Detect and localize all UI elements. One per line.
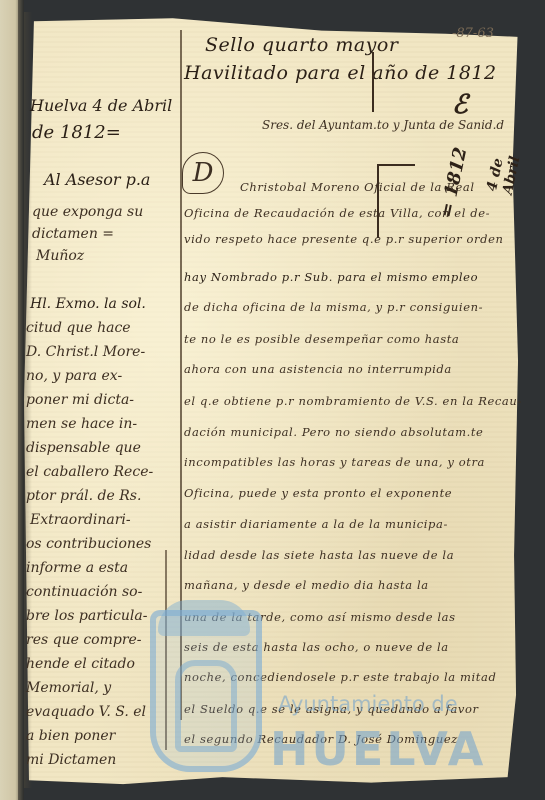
dictamen-line: hende el citado — [26, 656, 135, 672]
body-line: el Sueldo q.e se le asigna, y quedando a… — [184, 702, 479, 716]
dictamen-line: a bien poner — [26, 728, 115, 744]
body-line: dación municipal. Pero no siendo absolut… — [184, 425, 483, 439]
dictamen-line: ptor prál. de Rs. — [26, 488, 141, 504]
reference-number: -87-63 — [452, 26, 494, 41]
margin-date-line-1: Huelva 4 de Abril — [30, 96, 172, 115]
dictamen-line: el caballero Rece- — [26, 464, 153, 480]
lower-margin-rule — [165, 550, 167, 750]
dictamen-line: mi Dictamen — [26, 752, 116, 768]
header-bracket — [372, 52, 444, 112]
stamp-bracket — [377, 164, 415, 238]
body-line: vido respeto hace presente q.e p.r super… — [184, 232, 503, 246]
body-line: el q.e obtiene p.r nombramiento de V.S. … — [184, 394, 522, 408]
decree-line: Al Asesor p.a — [44, 170, 150, 189]
dictamen-line: Memorial, y — [26, 680, 111, 696]
decree-line: Muñoz — [36, 248, 84, 264]
rubric-flourish-icon: ℰ — [452, 90, 468, 120]
body-line: te no le es posible desempeñar como hast… — [184, 332, 459, 346]
dictamen-line: men se hace in- — [26, 416, 137, 432]
body-line: Oficina, puede y esta pronto el exponent… — [184, 486, 452, 500]
body-line: Christobal Moreno Oficial de la Real — [240, 180, 475, 194]
dictamen-line: D. Christ.l More- — [26, 344, 145, 360]
body-line: lidad desde las siete hasta las nueve de… — [184, 548, 454, 562]
body-line: el segundo Recaudador D. José Dominguez — [184, 732, 458, 746]
dictamen-line: Extraordinari- — [30, 512, 131, 528]
body-line: seis de esta hasta las ocho, o nueve de … — [184, 640, 449, 654]
header-line-1: Sello quarto mayor — [205, 34, 398, 56]
dictamen-line: no, y para ex- — [26, 368, 122, 384]
dictamen-line: evaquado V. S. el — [26, 704, 146, 720]
decree-line: que exponga su — [32, 204, 143, 220]
body-line: ahora con una asistencia no interrumpida — [184, 362, 452, 376]
body-line: mañana, y desde el medio dia hasta la — [184, 578, 429, 592]
addressee: Sres. del Ayuntam.to y Junta de Sanid.d — [262, 118, 504, 132]
body-line: Oficina de Recaudación de esta Villa, co… — [184, 206, 490, 220]
header-line-2: Havilitado para el año de 1812 — [184, 62, 497, 84]
dictamen-line: informe a esta — [26, 560, 128, 576]
initial-letter: D — [182, 152, 224, 194]
dictamen-line: dispensable que — [26, 440, 141, 456]
body-line: noche, concediendosele p.r este trabajo … — [184, 670, 496, 684]
decree-line: dictamen = — [32, 226, 114, 242]
body-line: de dicha oficina de la misma, y p.r cons… — [184, 300, 483, 314]
body-line: una de la tarde, como así mismo desde la… — [184, 610, 456, 624]
dictamen-line: Hl. Exmo. la sol. — [30, 296, 146, 312]
margin-rule — [180, 30, 182, 720]
body-line: a asistir diariamente a la de la municip… — [184, 517, 448, 531]
dictamen-line: bre los particula- — [26, 608, 147, 624]
dictamen-line: os contribuciones — [26, 536, 151, 552]
margin-date-line-2: de 1812= — [32, 122, 121, 143]
body-line: incompatibles las horas y tareas de una,… — [184, 455, 485, 469]
dictamen-line: res que compre- — [26, 632, 142, 648]
dictamen-line: poner mi dicta- — [26, 392, 134, 408]
body-line: hay Nombrado p.r Sub. para el mismo empl… — [184, 270, 478, 284]
dictamen-line: citud que hace — [26, 320, 131, 336]
dictamen-line: continuación so- — [26, 584, 142, 600]
